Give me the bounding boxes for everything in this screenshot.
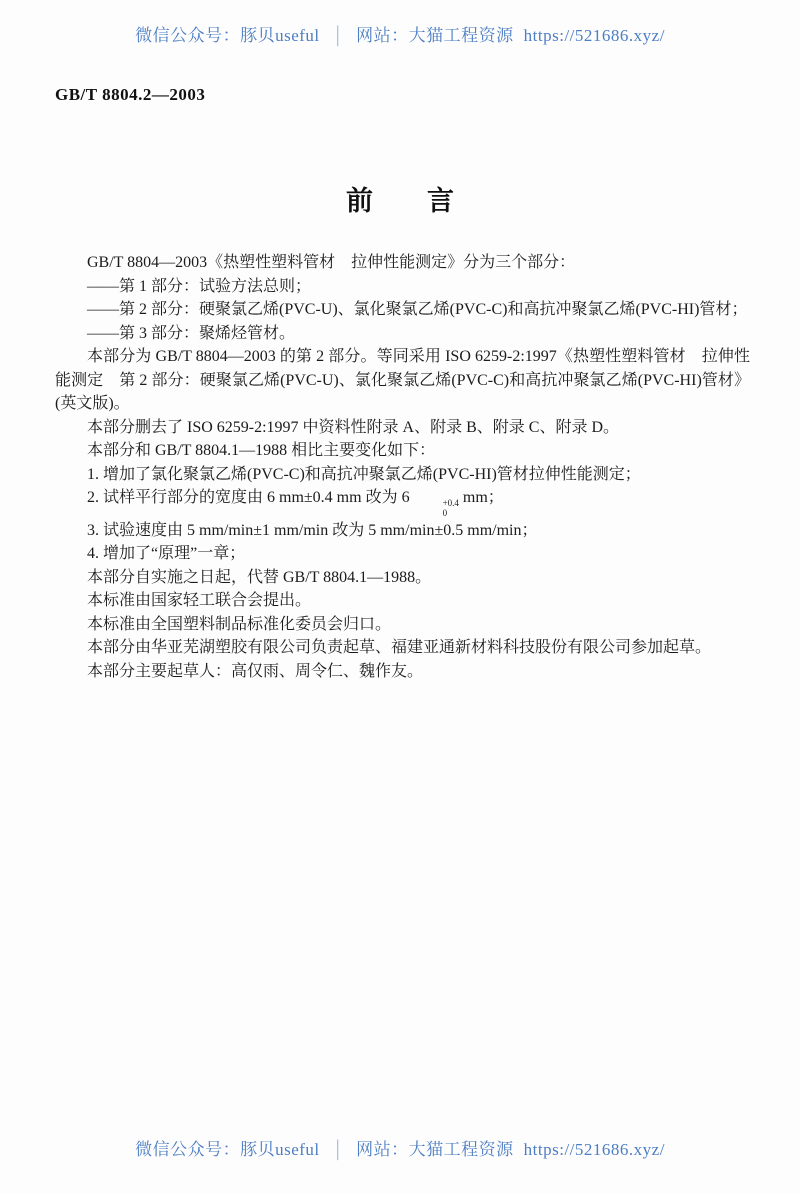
change-item-1: 1. 增加了氯化聚氯乙烯(PVC-C)和高抗冲聚氯乙烯(PVC-HI)管材拉伸性… xyxy=(55,463,750,487)
paragraph-drafting-orgs: 本部分由华亚芜湖塑胶有限公司负责起草、福建亚通新材料科技股份有限公司参加起草。 xyxy=(55,636,750,660)
change-item-2-text: 2. 试样平行部分的宽度由 6 mm±0.4 mm 改为 6 xyxy=(87,489,410,506)
change-item-2-unit: mm； xyxy=(459,489,504,506)
paragraph-centralized-by: 本标准由全国塑料制品标准化委员会归口。 xyxy=(55,613,750,637)
paragraph-proposed-by: 本标准由国家轻工联合会提出。 xyxy=(55,589,750,613)
paragraph-drafters: 本部分主要起草人：高仅雨、周令仁、魏作友。 xyxy=(55,660,750,684)
paragraph-replacement: 本部分自实施之日起，代替 GB/T 8804.1—1988。 xyxy=(55,566,750,590)
tolerance-upper: +0.4 xyxy=(411,498,459,508)
watermark-separator: │ xyxy=(332,26,345,45)
wechat-account-label: 微信公众号：豚贝useful xyxy=(135,1140,320,1159)
watermark-separator: │ xyxy=(332,1140,345,1159)
website-url: https://521686.xyz/ xyxy=(524,1140,665,1159)
paragraph-deleted-annexes: 本部分删去了 ISO 6259-2:1997 中资料性附录 A、附录 B、附录 … xyxy=(55,416,750,440)
document-body: GB/T 8804—2003《热塑性塑料管材 拉伸性能测定》分为三个部分： ——… xyxy=(55,251,750,683)
list-item-part3: ——第 3 部分：聚烯烃管材。 xyxy=(55,322,750,346)
website-url: https://521686.xyz/ xyxy=(524,26,665,45)
paragraph-adoption: 本部分为 GB/T 8804—2003 的第 2 部分。等同采用 ISO 625… xyxy=(55,345,750,416)
paragraph-parts-intro: GB/T 8804—2003《热塑性塑料管材 拉伸性能测定》分为三个部分： xyxy=(55,251,750,275)
page-title: 前 言 xyxy=(0,179,800,218)
list-item-part2: ——第 2 部分：硬聚氯乙烯(PVC-U)、氯化聚氯乙烯(PVC-C)和高抗冲聚… xyxy=(55,298,750,322)
website-label: 网站：大猫工程资源 xyxy=(356,1140,514,1159)
list-item-part1: ——第 1 部分：试验方法总则； xyxy=(55,275,750,299)
wechat-account-label: 微信公众号：豚贝useful xyxy=(135,26,320,45)
standard-number: GB/T 8804.2—2003 xyxy=(55,85,205,105)
website-label: 网站：大猫工程资源 xyxy=(356,26,514,45)
header-watermark: 微信公众号：豚贝useful│网站：大猫工程资源https://521686.x… xyxy=(0,21,800,46)
change-item-2: 2. 试样平行部分的宽度由 6 mm±0.4 mm 改为 6+0.40 mm； xyxy=(55,486,750,519)
paragraph-changes-intro: 本部分和 GB/T 8804.1—1988 相比主要变化如下： xyxy=(55,439,750,463)
footer-watermark: 微信公众号：豚贝useful│网站：大猫工程资源https://521686.x… xyxy=(0,1135,800,1160)
tolerance-notation: +0.40 xyxy=(410,498,459,519)
scanned-document-page: 微信公众号：豚贝useful│网站：大猫工程资源https://521686.x… xyxy=(0,0,800,1193)
change-item-3: 3. 试验速度由 5 mm/min±1 mm/min 改为 5 mm/min±0… xyxy=(55,519,750,543)
change-item-4: 4. 增加了“原理”一章； xyxy=(55,542,750,566)
tolerance-lower: 0 xyxy=(411,508,459,518)
